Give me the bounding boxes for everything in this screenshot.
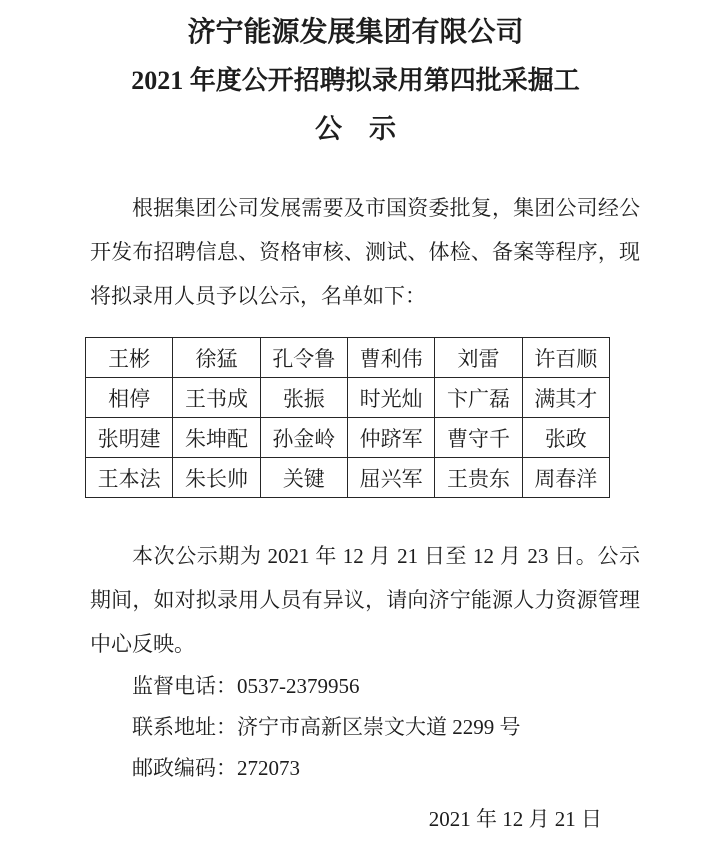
publicity-period-paragraph: 本次公示期为 2021 年 12 月 21 日至 12 月 23 日。公示期间，… (90, 534, 640, 666)
name-cell: 许百顺 (522, 338, 609, 378)
name-cell: 朱坤配 (173, 418, 260, 458)
name-cell: 仲跻军 (347, 418, 434, 458)
name-cell: 曹利伟 (347, 338, 434, 378)
name-cell: 孙金岭 (260, 418, 347, 458)
contact-postcode-label: 邮政编码： (132, 756, 237, 780)
name-cell: 关键 (260, 458, 347, 498)
contact-postcode-line: 邮政编码：272073 (90, 748, 640, 789)
name-cell: 卞广磊 (435, 378, 522, 418)
name-cell: 张政 (522, 418, 609, 458)
candidate-name-table: 王彬 徐猛 孔令鲁 曹利伟 刘雷 许百顺 相停 王书成 张振 时光灿 卞广磊 满… (85, 337, 610, 498)
contact-address-value: 济宁市高新区崇文大道 2299 号 (237, 715, 521, 739)
announcement-page: 济宁能源发展集团有限公司 2021 年度公开招聘拟录用第四批采掘工 公 示 根据… (0, 0, 711, 850)
contact-address-line: 联系地址：济宁市高新区崇文大道 2299 号 (90, 707, 640, 748)
name-cell: 刘雷 (435, 338, 522, 378)
table-row: 相停 王书成 张振 时光灿 卞广磊 满其才 (86, 378, 610, 418)
name-cell: 相停 (86, 378, 173, 418)
name-cell: 时光灿 (347, 378, 434, 418)
contact-block: 监督电话：0537-2379956 联系地址：济宁市高新区崇文大道 2299 号… (90, 666, 640, 789)
contact-postcode-value: 272073 (237, 756, 300, 780)
name-cell: 朱长帅 (173, 458, 260, 498)
name-cell: 王贵东 (435, 458, 522, 498)
contact-address-label: 联系地址： (132, 715, 237, 739)
name-cell: 曹守千 (435, 418, 522, 458)
title-line-1: 济宁能源发展集团有限公司 (0, 9, 711, 57)
name-cell: 屈兴军 (347, 458, 434, 498)
name-cell: 张明建 (86, 418, 173, 458)
name-cell: 徐猛 (173, 338, 260, 378)
contact-phone-value: 0537-2379956 (237, 674, 360, 698)
name-cell: 张振 (260, 378, 347, 418)
table-row: 王本法 朱长帅 关键 屈兴军 王贵东 周春洋 (86, 458, 610, 498)
name-cell: 满其才 (522, 378, 609, 418)
table-row: 王彬 徐猛 孔令鲁 曹利伟 刘雷 许百顺 (86, 338, 610, 378)
document-title: 济宁能源发展集团有限公司 2021 年度公开招聘拟录用第四批采掘工 公 示 (0, 9, 711, 153)
contact-phone-line: 监督电话：0537-2379956 (90, 666, 640, 707)
name-cell: 王本法 (86, 458, 173, 498)
intro-paragraph: 根据集团公司发展需要及市国资委批复，集团公司经公开发布招聘信息、资格审核、测试、… (90, 186, 640, 318)
date-line: 2021 年 12 月 21 日 (90, 803, 640, 833)
table-row: 张明建 朱坤配 孙金岭 仲跻军 曹守千 张政 (86, 418, 610, 458)
name-cell: 王书成 (173, 378, 260, 418)
name-cell: 孔令鲁 (260, 338, 347, 378)
contact-phone-label: 监督电话： (132, 674, 237, 698)
name-cell: 王彬 (86, 338, 173, 378)
title-line-3: 公 示 (0, 105, 711, 153)
name-cell: 周春洋 (522, 458, 609, 498)
title-line-2: 2021 年度公开招聘拟录用第四批采掘工 (0, 57, 711, 105)
